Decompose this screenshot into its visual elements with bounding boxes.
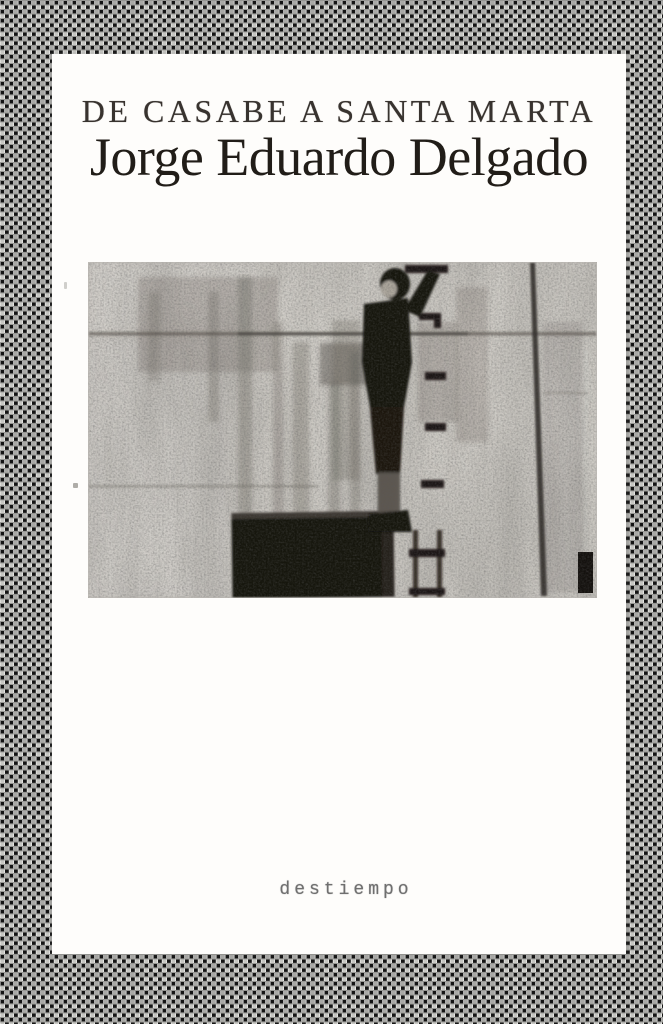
scan-speck	[64, 282, 67, 289]
book-author: Jorge Eduardo Delgado	[52, 126, 626, 188]
book-cover: DE CASABE A SANTA MARTA Jorge Eduardo De…	[0, 0, 663, 1024]
publisher-logo: destiempo	[59, 880, 633, 902]
cover-photo	[88, 262, 597, 598]
photo-grain	[88, 262, 597, 598]
cover-page: DE CASABE A SANTA MARTA Jorge Eduardo De…	[52, 54, 626, 954]
scan-speck	[73, 483, 78, 488]
book-title: DE CASABE A SANTA MARTA	[52, 95, 626, 127]
